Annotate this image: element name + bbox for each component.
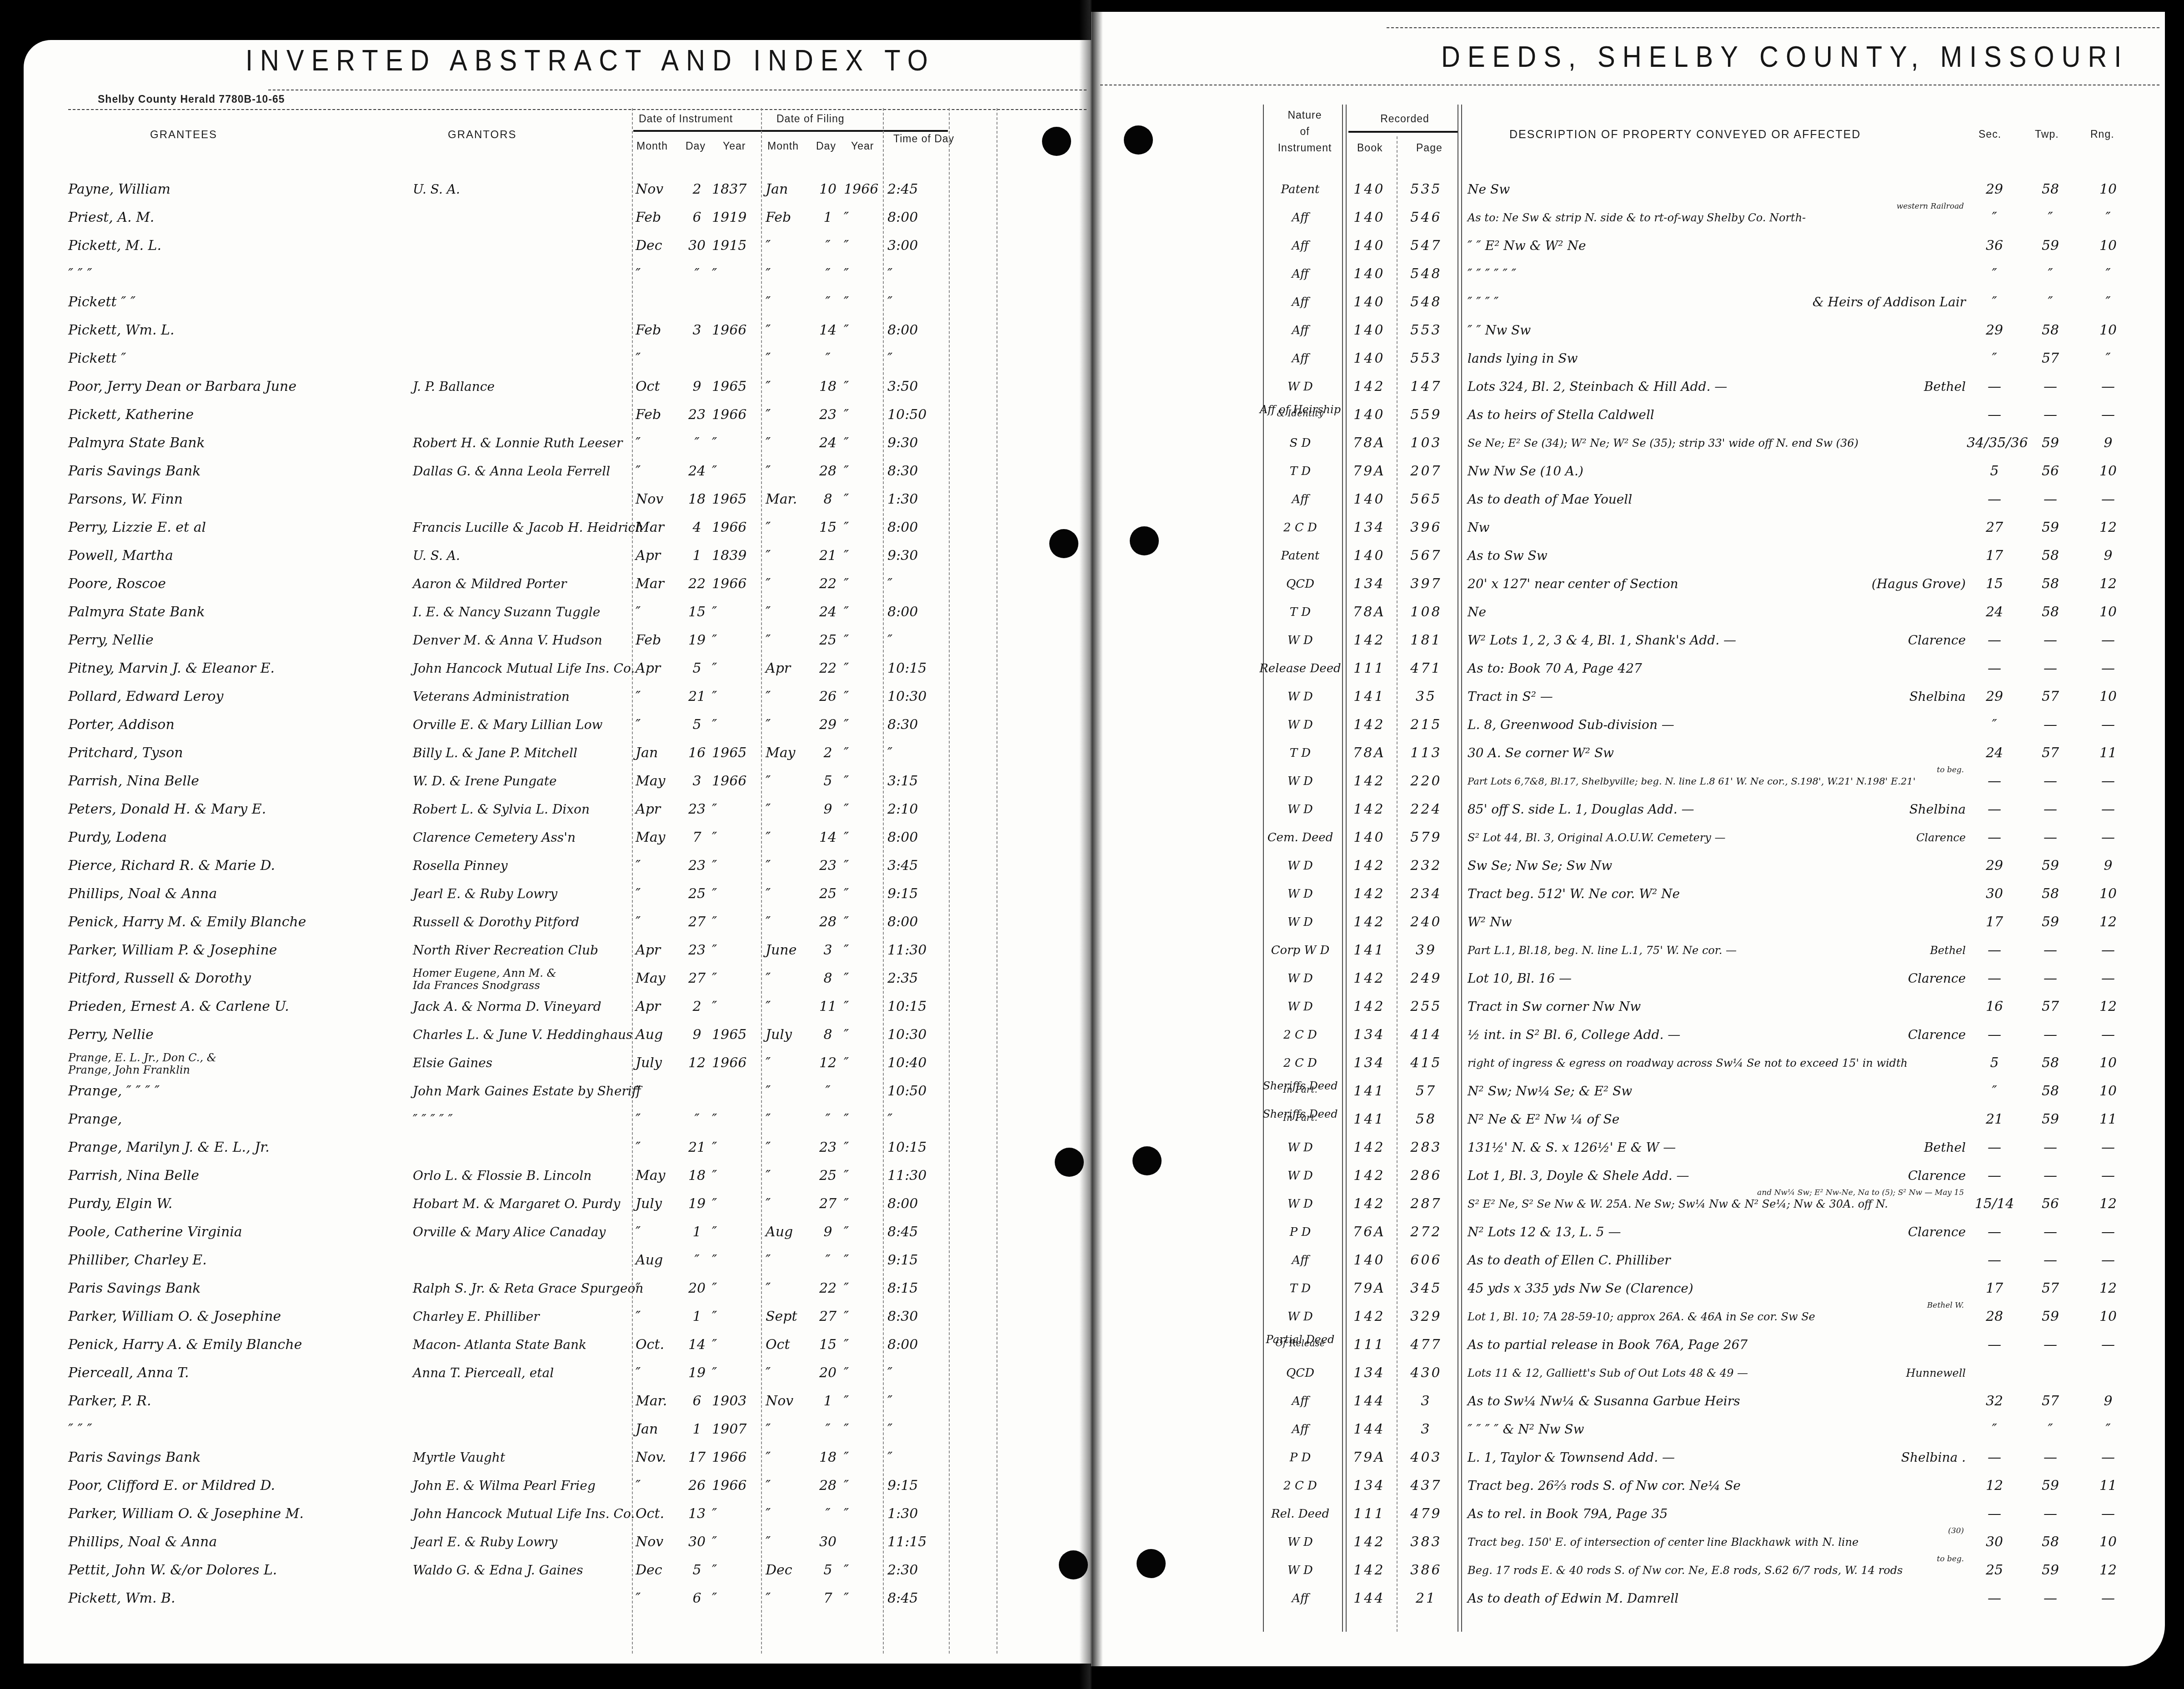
instrument-month-cell: ″ [636,430,682,456]
time-cell: 10:15 [887,994,946,1020]
time-cell: 10:40 [887,1050,946,1076]
instrument-month-cell: ″ [636,853,682,879]
table-row: Pickett, M. L.Dec301915″″″3:00Aff140547″… [0,233,2184,261]
book-cell: 111 [1344,655,1395,682]
instrument-day-cell: 6 [683,1388,711,1414]
grantor-cell: Rosella Pinney [413,853,633,879]
book-cell: 111 [1344,1332,1395,1358]
grantee-cell: Philliber, Charley E. [68,1247,436,1274]
twp-cell: 58 [2023,176,2078,203]
page-cell: 147 [1398,374,1454,400]
instrument-day-cell: 23 [683,402,711,428]
page-cell: 430 [1398,1360,1454,1386]
instrument-month-cell: ″ [636,1360,682,1386]
filing-day-cell: 11 [813,994,843,1020]
nature-cell: Aff [1259,233,1341,259]
instrument-year-cell: 1915 [712,233,757,259]
nature-cell: W D [1259,909,1341,935]
col-rng: Rng. [2090,128,2114,140]
grantee-cell: Pierce, Richard R. & Marie D. [68,853,436,879]
col-month: Month [767,140,799,152]
filing-year-cell: ″ [844,853,881,879]
sec-cell: 29 [1967,853,2022,879]
printer-imprint: Shelby County Herald 7780B-10-65 [98,93,285,105]
grantee-cell: Palmyra State Bank [68,430,436,456]
twp-cell: — [2023,627,2078,654]
filing-day-cell: 14 [813,825,843,851]
filing-month-cell: ″ [766,233,811,259]
filing-month-cell: ″ [766,1275,811,1302]
filing-day-cell: 2 [813,740,843,766]
filing-day-cell: 24 [813,430,843,456]
filing-day-cell: 22 [813,571,843,597]
instrument-year-cell: ″ [712,853,757,879]
page-cell: 232 [1398,853,1454,879]
instrument-month-cell: ″ [636,1473,682,1499]
grantee-cell: Phillips, Noal & Anna [68,881,436,907]
instrument-month-cell: Mar. [636,1388,682,1414]
time-cell: 8:00 [887,1191,946,1217]
description-cell: ″ ″ ″ ″& Heirs of Addison Lair [1468,289,1966,315]
filing-year-cell: ″ [844,599,881,625]
filing-day-cell: 9 [813,1219,843,1245]
instrument-year-cell: ″ [712,796,757,823]
instrument-year-cell: ″ [712,261,757,287]
filing-month-cell: July [766,1022,811,1048]
filing-month-cell: Apr [766,655,811,682]
page-cell: 477 [1398,1332,1454,1358]
rng-cell: — [2079,1022,2138,1048]
description-cell: Ne Sw [1468,176,1966,203]
instrument-year-cell: 1966 [712,515,757,541]
nature-cell: W D [1259,1304,1341,1330]
filing-year-cell: ″ [844,768,881,795]
place-label: Bethel [1924,374,1966,400]
twp-cell: 57 [2023,1388,2078,1414]
table-row: Poor, Clifford E. or Mildred D.John E. &… [0,1473,2184,1501]
sec-cell: 30 [1967,1529,2022,1555]
nature-cell: W D [1259,853,1341,879]
rng-cell: — [2079,1219,2138,1245]
rng-cell: — [2079,1501,2138,1527]
grantor-cell: Billy L. & Jane P. Mitchell [413,740,633,766]
rng-cell: — [2079,965,2138,992]
instrument-month-cell: Dec [636,1557,682,1584]
rng-cell: 10 [2079,881,2138,907]
filing-month-cell: ″ [766,965,811,992]
twp-cell: ″ [2023,261,2078,287]
place-label: Shelbina . [1901,1444,1966,1471]
grantee-cell: Purdy, Lodena [68,825,436,851]
instrument-year-cell: 1966 [712,402,757,428]
instrument-month-cell: ″ [636,1219,682,1245]
table-row: Parker, William O. & Josephine M.John Ha… [0,1501,2184,1529]
time-cell: ″ [887,261,946,287]
description-cell: right of ingress & egress on roadway acr… [1468,1050,1966,1076]
book-cell: 134 [1344,1473,1395,1499]
rng-cell: 12 [2079,1275,2138,1302]
time-cell: 10:15 [887,655,946,682]
annotation-note: to beg. [1591,766,1964,774]
twp-cell: 59 [2023,1304,2078,1330]
table-row: Purdy, Elgin W.Hobart M. & Margaret O. P… [0,1191,2184,1219]
grantee-cell: Perry, Nellie [68,1022,436,1048]
page-cell: 329 [1398,1304,1454,1330]
filing-month-cell: ″ [766,345,811,372]
grantee-cell: Pickett ″ ″ [68,289,436,315]
sec-cell: 29 [1967,684,2022,710]
twp-cell: — [2023,1163,2078,1189]
time-cell: 8:00 [887,599,946,625]
time-cell: 10:30 [887,1022,946,1048]
description-cell: Sw Se; Nw Se; Sw Nw [1468,853,1966,879]
time-cell: 11:15 [887,1529,946,1555]
book-cell: 134 [1344,1050,1395,1076]
twp-cell: — [2023,796,2078,823]
instrument-year-cell: ″ [712,1163,757,1189]
filing-day-cell: 1 [813,1388,843,1414]
table-row: Perry, NellieDenver M. & Anna V. HudsonF… [0,627,2184,655]
grantor-cell: John Hancock Mutual Life Ins. Co. [413,1501,633,1527]
filing-year-cell: ″ [844,796,881,823]
filing-month-cell: Dec [766,1557,811,1584]
twp-cell: — [2023,1501,2078,1527]
instrument-year-cell: ″ [712,1360,757,1386]
time-cell: 2:30 [887,1557,946,1584]
instrument-year-cell: ″ [712,684,757,710]
filing-year-cell: ″ [844,909,881,935]
ledger-scan: { "titles": { "left": "INVERTED ABSTRACT… [0,0,2184,1689]
nature-cell: Aff [1259,317,1341,344]
filing-year-cell: ″ [844,1332,881,1358]
filing-day-cell: 15 [813,1332,843,1358]
description-cell: ″ ″ ″ ″ & N² Nw Sw [1468,1416,1966,1443]
instrument-year-cell: ″ [712,1332,757,1358]
instrument-year-cell: ″ [712,627,757,654]
rng-cell: 9 [2079,853,2138,879]
book-cell: 142 [1344,1191,1395,1217]
table-row: Peters, Donald H. & Mary E.Robert L. & S… [0,796,2184,825]
sec-cell: 32 [1967,1388,2022,1414]
col-month: Month [636,140,668,152]
time-cell: 2:45 [887,176,946,203]
page-cell: 255 [1398,994,1454,1020]
sec-cell: — [1967,1022,2022,1048]
nature-cell: T D [1259,599,1341,625]
instrument-year-cell: ″ [712,1557,757,1584]
time-cell: 3:15 [887,768,946,795]
time-cell: 9:30 [887,543,946,569]
filing-day-cell: 5 [813,1557,843,1584]
grantor-cell: U. S. A. [413,543,633,569]
book-cell: 140 [1344,402,1395,428]
book-cell: 140 [1344,205,1395,231]
sec-cell: 27 [1967,515,2022,541]
grantor-cell: Charley E. Philliber [413,1304,633,1330]
sec-cell: — [1967,486,2022,513]
nature-cell: Aff [1259,261,1341,287]
instrument-month-cell: ″ [636,1106,682,1133]
time-cell: 8:00 [887,1332,946,1358]
filing-month-cell: ″ [766,571,811,597]
table-row: Pierce, Richard R. & Marie D.Rosella Pin… [0,853,2184,881]
instrument-month-cell: Oct. [636,1332,682,1358]
grantor-cell: I. E. & Nancy Suzann Tuggle [413,599,633,625]
instrument-month-cell: July [636,1191,682,1217]
sec-cell: ″ [1967,205,2022,231]
description-cell: Ne [1468,599,1966,625]
twp-cell: — [2023,1219,2078,1245]
filing-year-cell: ″ [844,881,881,907]
instrument-month-cell: Feb [636,627,682,654]
grantor-cell: Robert L. & Sylvia L. Dixon [413,796,633,823]
filing-month-cell: ″ [766,1529,811,1555]
book-cell: 144 [1344,1388,1395,1414]
page-cell: 103 [1398,430,1454,456]
filing-month-cell: Mar. [766,486,811,513]
rng-cell: — [2079,655,2138,682]
grantor-cell: Anna T. Pierceall, etal [413,1360,633,1386]
filing-day-cell: ″ [813,261,843,287]
instrument-day-cell: 6 [683,205,711,231]
grantee-cell: Poole, Catherine Virginia [68,1219,436,1245]
grantor-cell: Jearl E. & Ruby Lowry [413,1529,633,1555]
book-cell: 144 [1344,1585,1395,1612]
instrument-day-cell: 14 [683,1332,711,1358]
table-row: Payne, WilliamU. S. A.Nov21837Jan1019662… [0,176,2184,205]
twp-cell: — [2023,1332,2078,1358]
filing-day-cell: 23 [813,1134,843,1161]
instrument-year-cell: 1966 [712,571,757,597]
sec-cell: 29 [1967,317,2022,344]
nature-cell: W D [1259,712,1341,738]
time-cell: 10:15 [887,1134,946,1161]
grantee-cell: Pickett, Katherine [68,402,436,428]
filing-month-cell: ″ [766,430,811,456]
nature-cell: S D [1259,430,1341,456]
filing-month-cell: ″ [766,1106,811,1133]
time-cell: 8:45 [887,1219,946,1245]
nature-cell: Aff [1259,345,1341,372]
instrument-day-cell: 16 [683,740,711,766]
filing-month-cell: ″ [766,853,811,879]
filing-month-cell: ″ [766,289,811,315]
col-grantors: GRANTORS [448,129,517,141]
filing-year-cell: ″ [844,1360,881,1386]
page-cell: 224 [1398,796,1454,823]
sec-cell: 5 [1967,458,2022,485]
nature-cell: Patent [1259,543,1341,569]
filing-year-cell: ″ [844,261,881,287]
book-cell: 134 [1344,571,1395,597]
filing-year-cell: ″ [844,458,881,485]
filing-year-cell: ″ [844,374,881,400]
instrument-day-cell: 1 [683,543,711,569]
grantee-cell: Pitford, Russell & Dorothy [68,965,436,992]
col-day: Day [686,140,706,152]
filing-year-cell: ″ [844,1388,881,1414]
filing-day-cell: 8 [813,486,843,513]
nature-cell: Aff [1259,486,1341,513]
filing-year-cell: ″ [844,1473,881,1499]
time-cell: 3:50 [887,374,946,400]
col-twp: Twp. [2035,128,2059,140]
nature-cell: W D [1259,965,1341,992]
twp-cell: 59 [2023,1557,2078,1584]
instrument-year-cell: 1919 [712,205,757,231]
instrument-month-cell: Nov [636,1529,682,1555]
filing-month-cell: ″ [766,1078,811,1104]
filing-month-cell: ″ [766,712,811,738]
description-cell: 131½' N. & S. x 126½' E & W —Bethel [1468,1134,1966,1161]
instrument-day-cell: 5 [683,712,711,738]
twp-cell: — [2023,486,2078,513]
description-cell: As to death of Ellen C. Philliber [1468,1247,1966,1274]
time-cell: ″ [887,740,946,766]
description-cell: ″ ″ Nw Sw [1468,317,1966,344]
sec-cell: 17 [1967,543,2022,569]
page-cell: 283 [1398,1134,1454,1161]
nature-cell: QCD [1259,1360,1341,1386]
sec-cell: — [1967,937,2022,964]
col-description: DESCRIPTION OF PROPERTY CONVEYED OR AFFE… [1509,128,1861,141]
book-cell: 79A [1344,1275,1395,1302]
description-cell: Nw Nw Se (10 A.) [1468,458,1966,485]
col-sec: Sec. [1979,128,2001,140]
page-cell: 345 [1398,1275,1454,1302]
rule [268,90,1087,90]
rng-cell: ″ [2079,345,2138,372]
nature-cell: W D [1259,994,1341,1020]
grantor-cell: Ralph S. Jr. & Reta Grace Spurgeon [413,1275,633,1302]
description-cell: Se Ne; E² Se (34); W² Ne; W² Se (35); st… [1468,430,1966,456]
instrument-day-cell: 19 [683,1360,711,1386]
filing-month-cell: ″ [766,684,811,710]
filing-month-cell: ″ [766,768,811,795]
time-cell: ″ [887,1444,946,1471]
grantee-cell: Prange, ″ ″ ″ ″ [68,1078,436,1104]
rng-cell: 10 [2079,1050,2138,1076]
nature-cell: Release Deed [1259,655,1341,682]
col-nature: of [1273,125,1337,138]
instrument-year-cell: ″ [712,599,757,625]
twp-cell: — [2023,825,2078,851]
time-cell: 11:30 [887,937,946,964]
instrument-month-cell: Nov [636,176,682,203]
col-grantees: GRANTEES [150,129,217,141]
instrument-month-cell: Apr [636,796,682,823]
grantor-cell: Waldo G. & Edna J. Gaines [413,1557,633,1584]
filing-year-cell: ″ [844,684,881,710]
filing-day-cell: 8 [813,965,843,992]
instrument-month-cell: July [636,1050,682,1076]
nature-cell: 2 C D [1259,515,1341,541]
time-cell: 11:30 [887,1163,946,1189]
twp-cell: — [2023,937,2078,964]
book-cell: 140 [1344,317,1395,344]
twp-cell: — [2023,655,2078,682]
filing-day-cell: 12 [813,1050,843,1076]
time-cell: 8:30 [887,712,946,738]
table-row: Poore, RoscoeAaron & Mildred PorterMar22… [0,571,2184,599]
nature-cell: Cem. Deed [1259,825,1341,851]
sec-cell: — [1967,402,2022,428]
nature-cell: Sheriffs DeedIn Part. [1259,1080,1341,1094]
filing-year-cell: ″ [844,825,881,851]
grantee-cell: Parker, William P. & Josephine [68,937,436,964]
instrument-day-cell: 27 [683,909,711,935]
rng-cell: 10 [2079,599,2138,625]
page-cell: 287 [1398,1191,1454,1217]
table-row: Paris Savings BankRalph S. Jr. & Reta Gr… [0,1275,2184,1304]
rng-cell: 9 [2079,430,2138,456]
instrument-year-cell: 1966 [712,1473,757,1499]
instrument-year-cell: ″ [712,458,757,485]
grantor-cell: John E. & Wilma Pearl Frieg [413,1473,633,1499]
grantee-cell: Prieden, Ernest A. & Carlene U. [68,994,436,1020]
filing-month-cell: ″ [766,599,811,625]
sec-cell: 21 [1967,1106,2022,1133]
filing-day-cell: 24 [813,599,843,625]
table-row: Penick, Harry M. & Emily BlancheRussell … [0,909,2184,937]
place-label: Clarence [1916,825,1966,851]
grantor-cell: Aaron & Mildred Porter [413,571,633,597]
instrument-year-cell: ″ [712,1275,757,1302]
instrument-day-cell: ″ [683,1106,711,1133]
rule [1348,131,1458,133]
rng-cell: ″ [2079,1416,2138,1443]
twp-cell: — [2023,712,2078,738]
book-cell: 140 [1344,289,1395,315]
grantor-cell: ″ ″ ″ ″ ″ [413,1106,633,1133]
nature-cell: Aff [1259,1247,1341,1274]
twp-cell: 58 [2023,571,2078,597]
grantor-cell: Veterans Administration [413,684,633,710]
table-row: Parrish, Nina BelleW. D. & Irene Pungate… [0,768,2184,796]
description-cell: L. 8, Greenwood Sub-division — [1468,712,1966,738]
nature-cell: Aff of Heirship& Identity [1259,404,1341,418]
instrument-day-cell: 26 [683,1473,711,1499]
grantor-cell: Denver M. & Anna V. Hudson [413,627,633,654]
grantee-cell: Poor, Clifford E. or Mildred D. [68,1473,436,1499]
table-row: Pickett, Wm. B.″6″″7″8:45Aff14421As to d… [0,1585,2184,1614]
annotation-note: to beg. [1591,1555,1964,1563]
rng-cell: — [2079,374,2138,400]
instrument-year-cell: ″ [712,1219,757,1245]
description-cell: As to death of Mae Youell [1468,486,1966,513]
instrument-year-cell: ″ [712,712,757,738]
page-cell: 207 [1398,458,1454,485]
twp-cell: 58 [2023,599,2078,625]
filing-day-cell: 8 [813,1022,843,1048]
table-row: Pickett, KatherineFeb231966″23″10:50Aff … [0,402,2184,430]
description-cell: As to heirs of Stella Caldwell [1468,402,1966,428]
time-cell: 1:30 [887,486,946,513]
grantee-cell: Prange, Marilyn J. & E. L., Jr. [68,1134,436,1161]
twp-cell: — [2023,1134,2078,1161]
filing-month-cell: ″ [766,1416,811,1443]
time-cell: ″ [887,1416,946,1443]
filing-day-cell: 30 [813,1529,843,1555]
page-cell: 240 [1398,909,1454,935]
filing-day-cell: 7 [813,1585,843,1612]
book-cell: 142 [1344,627,1395,654]
instrument-month-cell: ″ [636,345,682,372]
place-label: (Hagus Grove) [1872,571,1966,597]
rng-cell: 12 [2079,1557,2138,1584]
grantee-cell: Pickett ″ [68,345,436,372]
grantee-cell: Prange, E. L. Jr., Don C., &Prange, John… [68,1052,436,1076]
